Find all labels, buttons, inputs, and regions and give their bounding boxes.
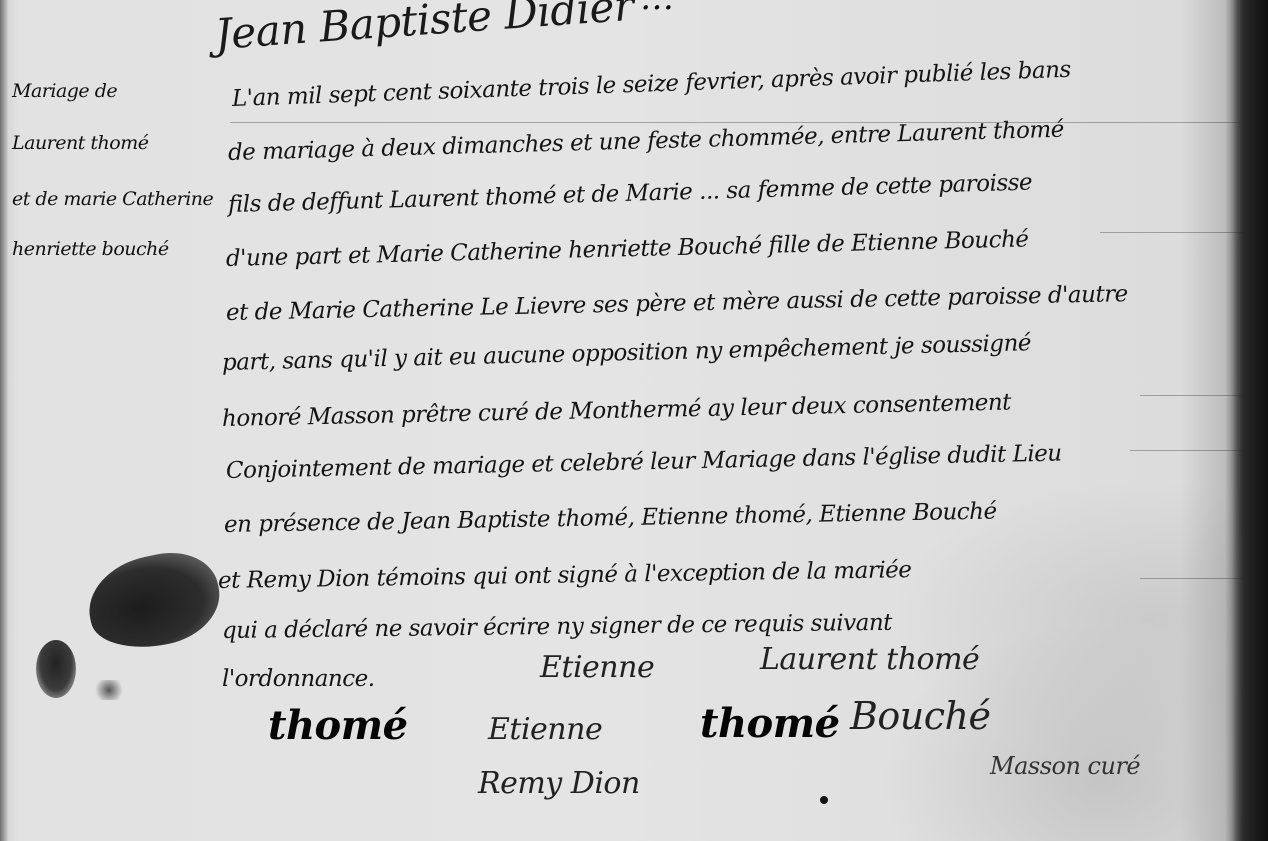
ruled-line <box>1140 395 1250 396</box>
margin-note-line: henriette bouché <box>12 238 169 260</box>
margin-note-line: Mariage de <box>12 80 117 102</box>
body-line: d'une part et Marie Catherine henriette … <box>226 226 1029 272</box>
signature: Remy Dion <box>478 766 640 801</box>
signature: Laurent thomé <box>760 642 979 677</box>
ruled-line <box>1140 578 1250 579</box>
body-line: fils de deffunt Laurent thomé et de Mari… <box>228 170 1033 218</box>
ink-specks <box>92 680 126 700</box>
margin-note-line: Laurent thomé <box>12 132 149 154</box>
body-line: honoré Masson prêtre curé de Monthermé a… <box>222 389 1011 432</box>
body-line: part, sans qu'il y ait eu aucune opposit… <box>222 330 1032 376</box>
body-line: en présence de Jean Baptiste thomé, Etie… <box>224 499 997 538</box>
signature: Masson curé <box>990 752 1140 780</box>
ink-dot <box>820 796 828 804</box>
register-page: … Jean Baptiste Didier Mariage de Lauren… <box>0 0 1268 841</box>
ink-blot <box>80 543 228 658</box>
previous-entry-fragment: … <box>640 0 674 18</box>
body-line: de mariage à deux dimanches et une feste… <box>228 117 1065 166</box>
body-line: Conjointement de mariage et celebré leur… <box>226 440 1062 483</box>
book-binding-edge <box>1232 0 1268 841</box>
ruled-line <box>1100 232 1250 233</box>
ruled-line <box>230 122 1240 123</box>
body-line: et Remy Dion témoins qui ont signé à l'e… <box>218 557 912 594</box>
signature: Etienne <box>488 712 602 747</box>
body-line: L'an mil sept cent soixante trois le sei… <box>232 57 1072 112</box>
margin-note-line: et de marie Catherine <box>12 188 213 210</box>
officiant-name-heading: Jean Baptiste Didier <box>213 0 635 59</box>
page-left-edge <box>0 0 8 841</box>
ruled-line <box>1130 450 1250 451</box>
ink-blot-small <box>36 640 76 698</box>
body-line: qui a déclaré ne savoir écrire ny signer… <box>222 610 892 644</box>
signature: thomé <box>268 702 408 749</box>
signature: Bouché <box>850 694 991 738</box>
body-line: et de Marie Catherine Le Lievre ses père… <box>226 281 1128 326</box>
signature: Etienne <box>540 650 654 685</box>
body-line: l'ordonnance. <box>222 666 375 692</box>
signature: thomé <box>700 700 840 747</box>
